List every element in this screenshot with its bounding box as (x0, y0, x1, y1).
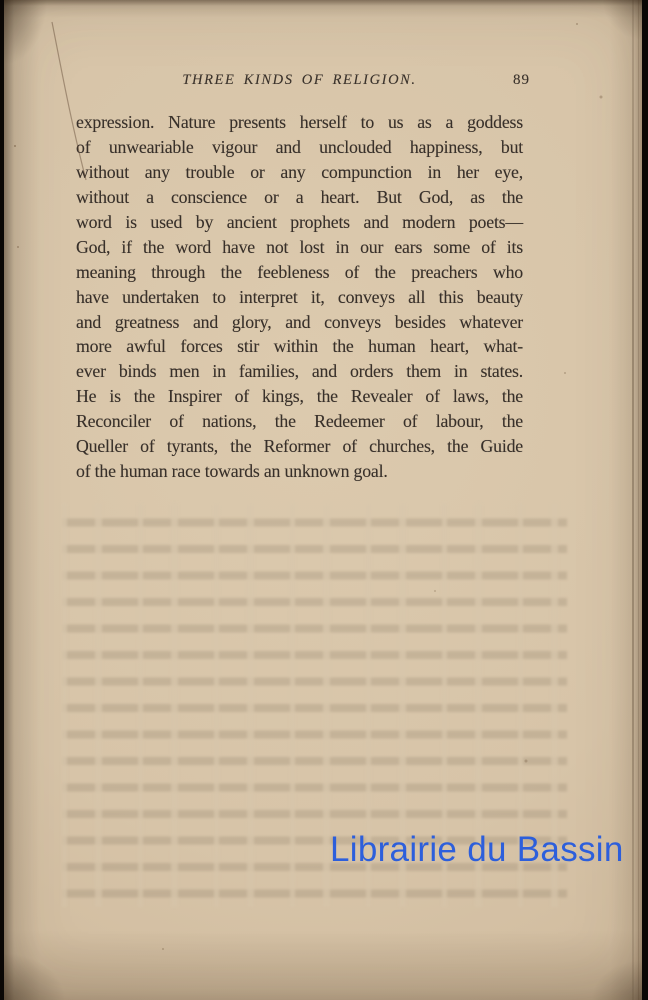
page-edge-line (632, 0, 634, 1000)
text-line: without any trouble or any compunction i… (76, 160, 523, 185)
text-line: meaning through the feebleness of the pr… (76, 260, 523, 285)
text-line: word is used by ancient prophets and mod… (76, 210, 523, 235)
paper-specks (4, 0, 6, 2)
running-header: THREE KINDS OF RELIGION. 89 (76, 72, 523, 92)
page-edge-line-outer (638, 0, 639, 1000)
running-title: THREE KINDS OF RELIGION. (76, 72, 523, 89)
page-number: 89 (513, 72, 530, 89)
text-line: of the human race towards an unknown goa… (76, 459, 523, 484)
text-line: expression. Nature presents herself to u… (76, 110, 523, 135)
book-page: THREE KINDS OF RELIGION. 89 expression. … (4, 0, 642, 1000)
text-line: Queller of tyrants, the Reformer of chur… (76, 434, 523, 459)
text-line: of unweariable vigour and unclouded happ… (76, 135, 523, 160)
text-line: without a conscience or a heart. But God… (76, 185, 523, 210)
bookseller-watermark: Librairie du Bassin (330, 830, 624, 870)
text-line: God, if the word have not lost in our ea… (76, 235, 523, 260)
text-line: He is the Inspirer of kings, the Reveale… (76, 384, 523, 409)
text-line: ever binds men in families, and orders t… (76, 359, 523, 384)
text-line: and greatness and glory, and conveys bes… (76, 310, 523, 335)
body-text: expression. Nature presents herself to u… (76, 110, 523, 484)
text-line: more awful forces stir within the human … (76, 334, 523, 359)
text-line: have undertaken to interpret it, conveys… (76, 285, 523, 310)
text-line: Reconciler of nations, the Redeemer of l… (76, 409, 523, 434)
